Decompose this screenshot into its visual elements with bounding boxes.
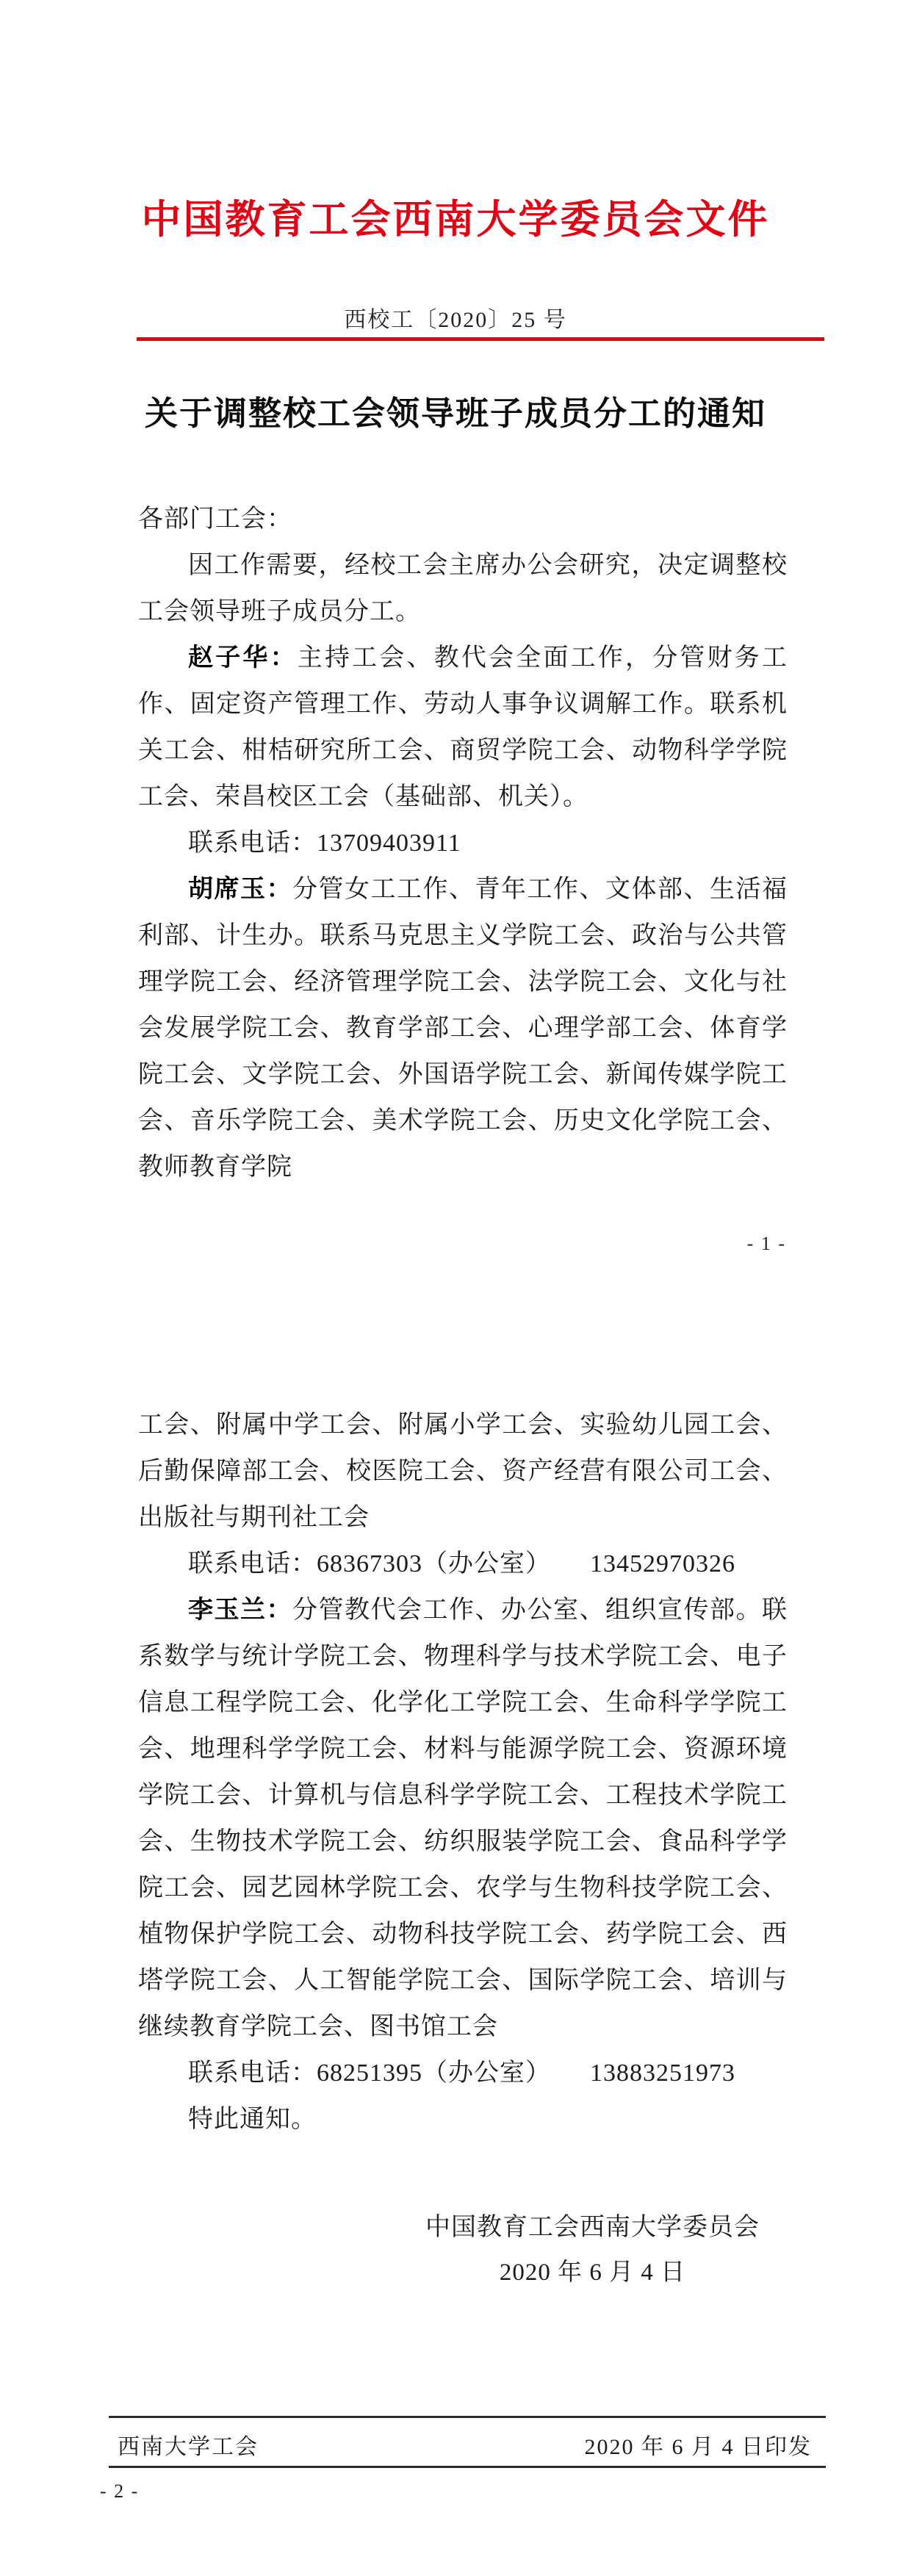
- leader-name: 赵子华：: [188, 643, 298, 672]
- print-footer: 西南大学工会 2020 年 6 月 4 日印发: [118, 2428, 812, 2461]
- paragraph-text: 联系电话：68367303（办公室） 13452970326: [188, 1550, 735, 1577]
- contact-phone-line: 联系电话：13709403911: [138, 820, 788, 866]
- page-number-2: - 2 -: [100, 2480, 139, 2503]
- paragraph-text: 分管女工工作、青年工作、文体部、生活福利部、计生办。联系马克思主义学院工会、政治…: [138, 876, 788, 1181]
- paragraph-text: 联系电话：13709403911: [188, 830, 461, 857]
- paragraph-text: 特此通知。: [188, 2106, 317, 2133]
- document-number: 西校工〔2020〕25 号: [0, 301, 911, 334]
- body-paragraph-continuation: 工会、附属中学工会、附属小学工会、实验幼儿园工会、后勤保障部工会、校医院工会、资…: [138, 1402, 788, 1541]
- document-scan: 中国教育工会西南大学委员会文件 西校工〔2020〕25 号 关于调整校工会领导班…: [0, 0, 911, 2576]
- body-paragraph: 李玉兰：分管教代会工作、办公室、组织宣传部。联系数学与统计学院工会、物理科学与技…: [138, 1587, 788, 2050]
- paragraph-text: 分管教代会工作、办公室、组织宣传部。联系数学与统计学院工会、物理科学与技术学院工…: [138, 1597, 788, 2040]
- footer-org: 西南大学工会: [118, 2428, 259, 2461]
- footer-divider-bottom: [109, 2466, 826, 2468]
- contact-phone-line: 联系电话：68251395（办公室） 13883251973: [138, 2050, 788, 2096]
- signature-block: 中国教育工会西南大学委员会 2020 年 6 月 4 日: [425, 2206, 760, 2287]
- document-org-title: 中国教育工会西南大学委员会文件: [0, 188, 911, 245]
- issuing-org-signature: 中国教育工会西南大学委员会: [425, 2206, 760, 2242]
- leader-name: 胡席玉：: [188, 874, 292, 904]
- body-paragraph: 胡席玉：分管女工工作、青年工作、文体部、生活福利部、计生办。联系马克思主义学院工…: [138, 866, 788, 1190]
- contact-phone-line: 联系电话：68367303（办公室） 13452970326: [138, 1541, 788, 1587]
- footer-divider-top: [109, 2416, 826, 2418]
- paragraph-text: 工会、附属中学工会、附属小学工会、实验幼儿园工会、后勤保障部工会、校医院工会、资…: [138, 1411, 788, 1531]
- closing-line: 特此通知。: [138, 2096, 788, 2143]
- issue-date: 2020 年 6 月 4 日: [425, 2253, 760, 2287]
- body-paragraph: 赵子华：主持工会、教代会全面工作，分管财务工作、固定资产管理工作、劳动人事争议调…: [138, 635, 788, 820]
- leader-name: 李玉兰：: [188, 1595, 292, 1625]
- notice-title: 关于调整校工会领导班子成员分工的通知: [0, 386, 911, 434]
- paragraph-text: 联系电话：68251395（办公室） 13883251973: [188, 2059, 735, 2087]
- page1-body: 各部门工会： 因工作需要，经校工会主席办公会研究，决定调整校工会领导班子成员分工…: [138, 496, 788, 1190]
- page-number-1: - 1 -: [747, 1233, 786, 1255]
- body-paragraph: 因工作需要，经校工会主席办公会研究，决定调整校工会领导班子成员分工。: [138, 542, 788, 635]
- page2-body: 工会、附属中学工会、附属小学工会、实验幼儿园工会、后勤保障部工会、校医院工会、资…: [138, 1402, 788, 2143]
- salutation: 各部门工会：: [138, 496, 788, 542]
- footer-print-date: 2020 年 6 月 4 日印发: [585, 2428, 813, 2461]
- red-header-divider: [137, 337, 824, 341]
- paragraph-text: 因工作需要，经校工会主席办公会研究，决定调整校工会领导班子成员分工。: [138, 552, 788, 625]
